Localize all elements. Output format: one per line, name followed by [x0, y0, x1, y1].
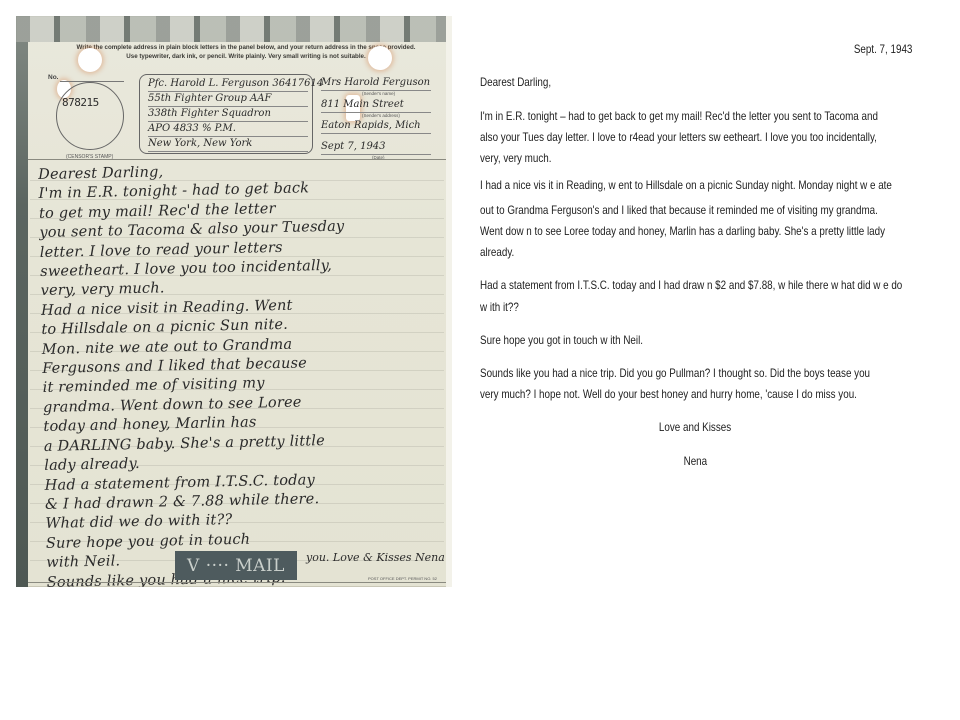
footer-divider: [28, 582, 446, 583]
paragraph-2-line: I had a nice vis it in Reading, w ent to…: [480, 178, 892, 192]
sender-address-caption: (Sender's address): [362, 113, 400, 118]
scan-top-band: [16, 16, 452, 42]
handwritten-closing: you. Love & Kisses Nena: [306, 551, 445, 564]
sender-name-caption: (Sender's name): [362, 91, 395, 96]
address-line: 338th Fighter Squadron: [148, 107, 308, 122]
serial-number: 878215: [62, 96, 99, 109]
paragraph-1-line: also your Tues day letter. I love to r4e…: [480, 130, 877, 144]
paragraph-1-line: I'm in E.R. tonight – had to get back to…: [480, 109, 878, 123]
sender-city: Eaton Rapids, Mich: [321, 119, 431, 134]
punch-hole: [368, 46, 392, 70]
handwritten-letter-body: Dearest Darling, I'm in E.R. tonight - h…: [38, 158, 449, 587]
paragraph-3-line: Had a statement from I.T.S.C. today and …: [480, 278, 902, 292]
sender-name: Mrs Harold Ferguson: [321, 76, 431, 91]
closing-text: Love and Kisses: [659, 420, 731, 434]
salutation: Dearest Darling,: [480, 75, 551, 89]
postal-permit-text: POST OFFICE DEPT. PERMIT NO. 52: [368, 576, 437, 581]
paragraph-4-line: Sure hope you got in touch w ith Neil.: [480, 333, 643, 347]
vmail-scan-image: Write the complete address in plain bloc…: [16, 16, 452, 587]
instruction-line: Write the complete address in plain bloc…: [76, 43, 416, 52]
no-label: No.: [48, 74, 58, 81]
address-line: 55th Fighter Group AAF: [148, 92, 308, 107]
form-instructions: Write the complete address in plain bloc…: [76, 43, 416, 61]
sender-street: 811 Main Street: [321, 98, 431, 113]
address-line: New York, New York: [148, 137, 308, 152]
paragraph-5-line: Sounds like you had a nice trip. Did you…: [480, 366, 870, 380]
address-line: Pfc. Harold L. Ferguson 36417614: [148, 77, 308, 92]
scan-left-bar: [16, 42, 28, 587]
recipient-address-box: Pfc. Harold L. Ferguson 36417614 55th Fi…: [139, 74, 313, 154]
paragraph-2-line: already.: [480, 245, 514, 259]
paragraph-2-line: out to Grandma Ferguson's and I liked th…: [480, 203, 878, 217]
letter-date-handwritten: Sept 7, 1943: [321, 140, 431, 155]
closing: Love and Kisses: [480, 420, 910, 434]
address-line: APO 4833 % P.M.: [148, 122, 308, 137]
scan-right-edge: [446, 16, 452, 587]
signature: Nena: [480, 454, 910, 468]
letter-date: Sept. 7, 1943: [853, 42, 912, 56]
paragraph-3-line: w ith it??: [480, 300, 519, 314]
punch-hole: [78, 48, 102, 72]
signature-text: Nena: [683, 454, 707, 468]
paragraph-2-line: Went dow n to see Loree today and honey,…: [480, 224, 885, 238]
vmail-banner: V ···· MAIL: [175, 551, 297, 580]
paragraph-1-line: very, very much.: [480, 151, 551, 165]
instruction-line: Use typewriter, dark ink, or pencil. Wri…: [76, 52, 416, 61]
censor-stamp-circle: [56, 82, 124, 150]
paragraph-5-line: very much? I hope not. Well do your best…: [480, 387, 857, 401]
